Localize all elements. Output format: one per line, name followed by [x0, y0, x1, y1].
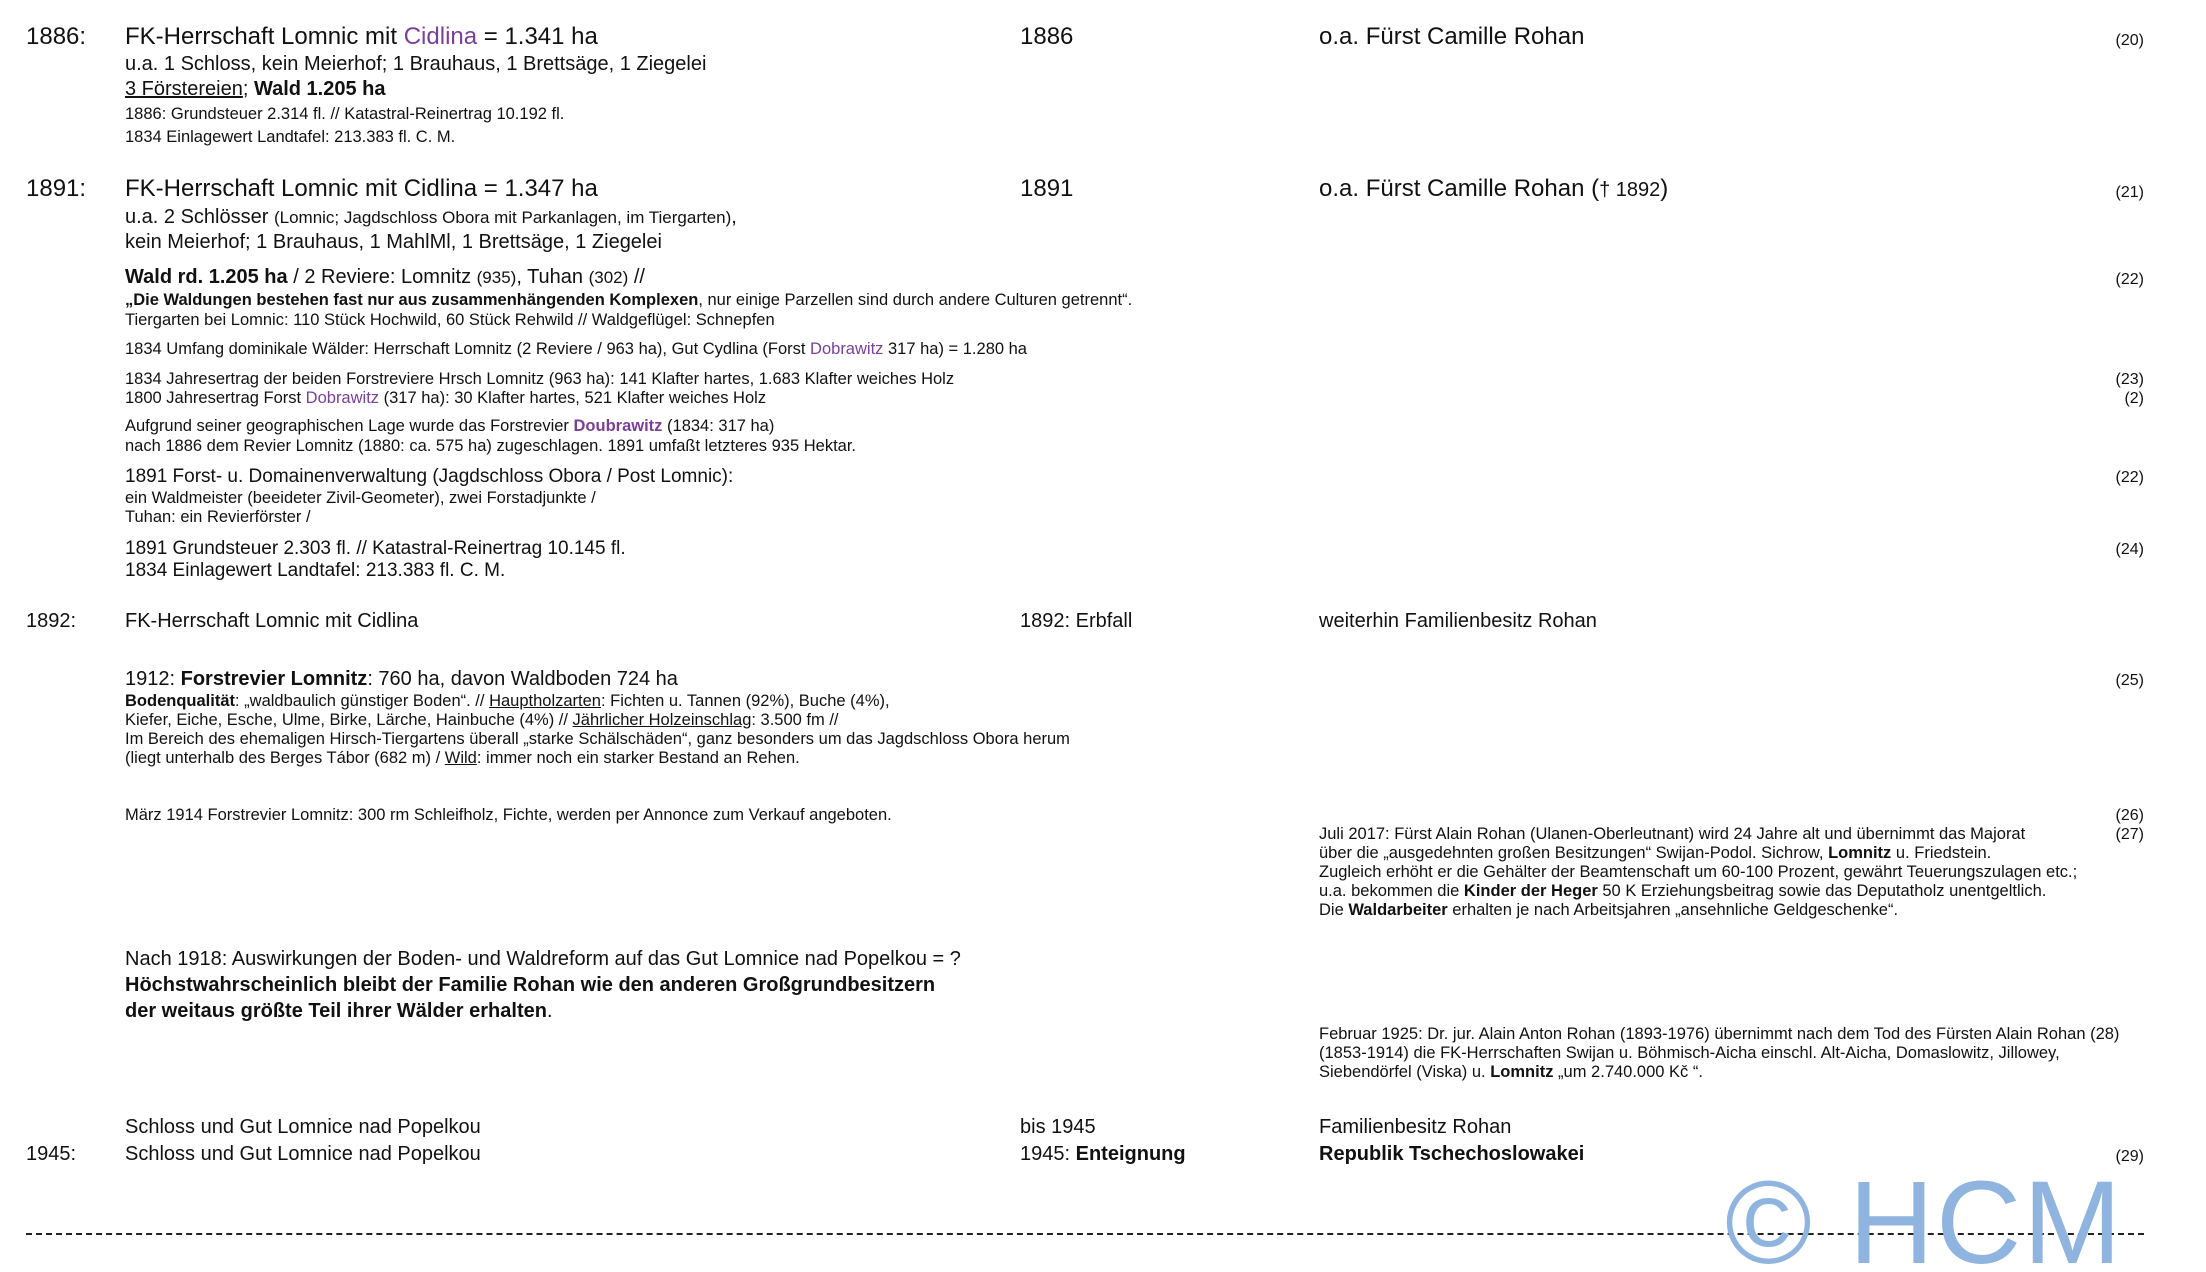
wald-text: / 2 Reviere: Lomnitz — [288, 266, 477, 288]
foerstereien-text: 3 Förstereien — [125, 78, 243, 100]
year-1891: 1891: — [26, 176, 86, 202]
ertrag-1800-line: 1800 Jahresertrag Forst Dobrawitz (317 h… — [125, 389, 766, 409]
entry-1945-date: 1945: Enteignung — [1020, 1142, 1186, 1166]
line-text: , — [731, 206, 737, 228]
date-text: 1945: — [1020, 1143, 1076, 1165]
entry-2017-line2: über die „ausgedehnten großen Besitzunge… — [1319, 844, 1991, 864]
enteignung-bold: Enteignung — [1076, 1143, 1186, 1165]
forstrevier-bold: Forstrevier Lomnitz — [181, 668, 368, 690]
wald-number: (302) — [589, 268, 629, 287]
footnote-27[interactable]: (27) — [2054, 825, 2144, 844]
entry-1886-owner: o.a. Fürst Camille Rohan — [1319, 24, 1584, 50]
bodenqualitaet-label: Bodenqualität — [125, 692, 235, 710]
entry-bis1945-title: Schloss und Gut Lomnice nad Popelkou — [125, 1115, 481, 1139]
entry-1912-line5: (liegt unterhalb des Berges Tábor (682 m… — [125, 749, 800, 769]
lomnitz-bold: Lomnitz — [1490, 1063, 1553, 1081]
lage-text: Aufgrund seiner geographischen Lage wurd… — [125, 417, 574, 435]
verwaltung-title: 1891 Forst- u. Domainenverwaltung (Jagds… — [125, 466, 733, 488]
lage-line-2: nach 1886 dem Revier Lomnitz (1880: ca. … — [125, 437, 856, 457]
line-text: u.a. 2 Schlösser — [125, 206, 274, 228]
entry-1886-line5: 1834 Einlagewert Landtafel: 213.383 fl. … — [125, 128, 455, 148]
lage-text: (1834: 317 ha) — [662, 417, 774, 435]
doubrawitz-link[interactable]: Doubrawitz — [574, 417, 663, 435]
entry-1914: März 1914 Forstrevier Lomnitz: 300 rm Sc… — [125, 806, 892, 826]
entry-1891-owner: o.a. Fürst Camille Rohan († 1892) — [1319, 176, 1668, 203]
wald-1891-line: Wald rd. 1.205 ha / 2 Reviere: Lomnitz (… — [125, 265, 645, 290]
kinder-heger-bold: Kinder der Heger — [1464, 882, 1598, 900]
dobrawitz-link[interactable]: Dobrawitz — [810, 340, 883, 358]
entry-1892-owner: weiterhin Familienbesitz Rohan — [1319, 609, 1597, 633]
steuer-1891-line: 1891 Grundsteuer 2.303 fl. // Katastral-… — [125, 538, 626, 560]
entry-2017-line3: Zugleich erhöht er die Gehälter der Beam… — [1319, 863, 2077, 883]
wald-bold: Wald rd. 1.205 ha — [125, 266, 288, 288]
line-text: u. Friedstein. — [1891, 844, 1991, 862]
line-text: 50 K Erziehungsbeitrag sowie das Deputat… — [1598, 882, 2047, 900]
holzeinschlag-label: Jährlicher Holzeinschlag — [573, 711, 752, 729]
entry-1912-line4: Im Bereich des ehemaligen Hirsch-Tiergar… — [125, 730, 1070, 750]
lage-line: Aufgrund seiner geographischen Lage wurd… — [125, 417, 774, 437]
line-text: : 3.500 fm // — [751, 711, 838, 729]
entry-1925-line2: (1853-1914) die FK-Herrschaften Swijan u… — [1319, 1044, 2060, 1064]
title-text: = 1.341 ha — [477, 23, 598, 50]
entry-1912-line2: Bodenqualität: „waldbaulich günstiger Bo… — [125, 692, 890, 712]
entry-bis1945-date: bis 1945 — [1020, 1115, 1096, 1139]
entry-1891-line3: kein Meierhof; 1 Brauhaus, 1 MahlMl, 1 B… — [125, 230, 662, 254]
year-1945: 1945: — [26, 1142, 76, 1166]
line-text: Kiefer, Eiche, Esche, Ulme, Birke, Lärch… — [125, 711, 573, 729]
waldungen-quote: „Die Waldungen bestehen fast nur aus zus… — [125, 291, 1132, 311]
waldarbeiter-bold: Waldarbeiter — [1348, 901, 1447, 919]
copyright-watermark: © HCM — [1725, 1168, 2123, 1272]
entry-1912-title: 1912: Forstrevier Lomnitz: 760 ha, davon… — [125, 667, 678, 691]
verwaltung-line3: Tuhan: ein Revierförster / — [125, 508, 311, 528]
year-1892: 1892: — [26, 609, 76, 633]
tiergarten-line: Tiergarten bei Lomnic: 110 Stück Hochwil… — [125, 311, 775, 331]
line-text: „um 2.740.000 Kč “. — [1553, 1063, 1703, 1081]
entry-2017-line1: Juli 2017: Fürst Alain Rohan (Ulanen-Obe… — [1319, 825, 2025, 845]
wald-text: Wald 1.205 ha — [254, 78, 386, 100]
footnote-24[interactable]: (24) — [2054, 540, 2144, 559]
title-text: FK-Herrschaft Lomnic mit — [125, 23, 404, 50]
quote-bold: „Die Waldungen bestehen fast nur aus zus… — [125, 291, 698, 309]
entry-1892-date: 1892: Erbfall — [1020, 609, 1132, 633]
entry-1918-line2: Höchstwahrscheinlich bleibt der Familie … — [125, 973, 935, 997]
entry-1945-owner: Republik Tschechoslowakei — [1319, 1142, 1584, 1166]
title-text: : 760 ha, davon Waldboden 724 ha — [367, 668, 678, 690]
entry-1925-line3: Siebendörfel (Viska) u. Lomnitz „um 2.74… — [1319, 1063, 1703, 1083]
footnote-22b[interactable]: (22) — [2054, 468, 2144, 487]
title-text: 1912: — [125, 668, 181, 690]
year-1886: 1886: — [26, 24, 86, 50]
entry-2017-line5: Die Waldarbeiter erhalten je nach Arbeit… — [1319, 901, 1898, 921]
footnote-23[interactable]: (23) — [2054, 370, 2144, 389]
dobrawitz-link-2[interactable]: Dobrawitz — [306, 389, 379, 407]
entry-1886-line2: u.a. 1 Schloss, kein Meierhof; 1 Brauhau… — [125, 52, 706, 76]
entry-1918-line3: der weitaus größte Teil ihrer Wälder erh… — [125, 999, 553, 1023]
wald-number: (935) — [477, 268, 517, 287]
line-text: (liegt unterhalb des Berges Tábor (682 m… — [125, 749, 445, 767]
owner-text: ) — [1660, 175, 1668, 202]
footnote-22[interactable]: (22) — [2054, 270, 2144, 289]
line-text: erhalten je nach Arbeitsjahren „ansehnli… — [1448, 901, 1898, 919]
line-small-text: (Lomnic; Jagdschloss Obora mit Parkanlag… — [274, 208, 731, 227]
entry-1925-line1: Februar 1925: Dr. jur. Alain Anton Rohan… — [1319, 1025, 2119, 1045]
wild-label: Wild — [445, 749, 477, 767]
entry-1886-line3: 3 Förstereien; Wald 1.205 ha — [125, 77, 386, 101]
footnote-20[interactable]: (20) — [2054, 31, 2144, 50]
entry-1886-title: FK-Herrschaft Lomnic mit Cidlina = 1.341… — [125, 24, 598, 50]
owner-text: o.a. Fürst Camille Rohan ( — [1319, 175, 1599, 202]
umfang-text: 317 ha) = 1.280 ha — [883, 340, 1027, 358]
entry-1891-date: 1891 — [1020, 176, 1073, 202]
umfang-text: 1834 Umfang dominikale Wälder: Herrschaf… — [125, 340, 810, 358]
sep-text: ; — [243, 78, 254, 100]
line-text: Siebendörfel (Viska) u. — [1319, 1063, 1490, 1081]
entry-1891-title: FK-Herrschaft Lomnic mit Cidlina = 1.347… — [125, 176, 598, 202]
lomnitz-bold: Lomnitz — [1828, 844, 1891, 862]
footnote-26[interactable]: (26) — [2054, 806, 2144, 825]
einlage-1891-line: 1834 Einlagewert Landtafel: 213.383 fl. … — [125, 560, 505, 582]
verwaltung-line2: ein Waldmeister (beeideter Zivil-Geomete… — [125, 489, 596, 509]
entry-1886-date: 1886 — [1020, 24, 1073, 50]
entry-bis1945-owner: Familienbesitz Rohan — [1319, 1115, 1511, 1139]
line-text: : „waldbaulich günstiger Boden“. // — [235, 692, 489, 710]
ertrag-text: 1800 Jahresertrag Forst — [125, 389, 306, 407]
footnote-25[interactable]: (25) — [2054, 671, 2144, 690]
footnote-2[interactable]: (2) — [2054, 389, 2144, 408]
line-text: über die „ausgedehnten großen Besitzunge… — [1319, 844, 1828, 862]
entry-1891-line2: u.a. 2 Schlösser (Lomnic; Jagdschloss Ob… — [125, 205, 737, 230]
death-date: † 1892 — [1599, 179, 1660, 201]
footnote-21[interactable]: (21) — [2054, 183, 2144, 202]
entry-1912-line3: Kiefer, Eiche, Esche, Ulme, Birke, Lärch… — [125, 711, 839, 731]
entry-1918-line1: Nach 1918: Auswirkungen der Boden- und W… — [125, 947, 961, 971]
umfang-line: 1834 Umfang dominikale Wälder: Herrschaf… — [125, 340, 1027, 360]
entry-1886-line4: 1886: Grundsteuer 2.314 fl. // Katastral… — [125, 105, 564, 125]
quote-rest: , nur einige Parzellen sind durch andere… — [698, 291, 1132, 309]
line-text: Die — [1319, 901, 1348, 919]
wald-text: , Tuhan — [516, 266, 588, 288]
line-text: . — [547, 1000, 553, 1022]
ertrag-text: (317 ha): 30 Klafter hartes, 521 Klafter… — [379, 389, 766, 407]
line-text: u.a. bekommen die — [1319, 882, 1464, 900]
cidlina-link[interactable]: Cidlina — [404, 23, 477, 50]
line-bold: der weitaus größte Teil ihrer Wälder erh… — [125, 1000, 547, 1022]
entry-2017-line4: u.a. bekommen die Kinder der Heger 50 K … — [1319, 882, 2046, 902]
line-text: : immer noch ein starker Bestand an Rehe… — [477, 749, 800, 767]
hauptholzarten-label: Hauptholzarten — [489, 692, 601, 710]
entry-1945-title: Schloss und Gut Lomnice nad Popelkou — [125, 1142, 481, 1166]
wald-text: // — [628, 266, 645, 288]
line-text: : Fichten u. Tannen (92%), Buche (4%), — [601, 692, 890, 710]
entry-1892-title: FK-Herrschaft Lomnic mit Cidlina — [125, 609, 418, 633]
ertrag-1834-line: 1834 Jahresertrag der beiden Forstrevier… — [125, 370, 954, 390]
